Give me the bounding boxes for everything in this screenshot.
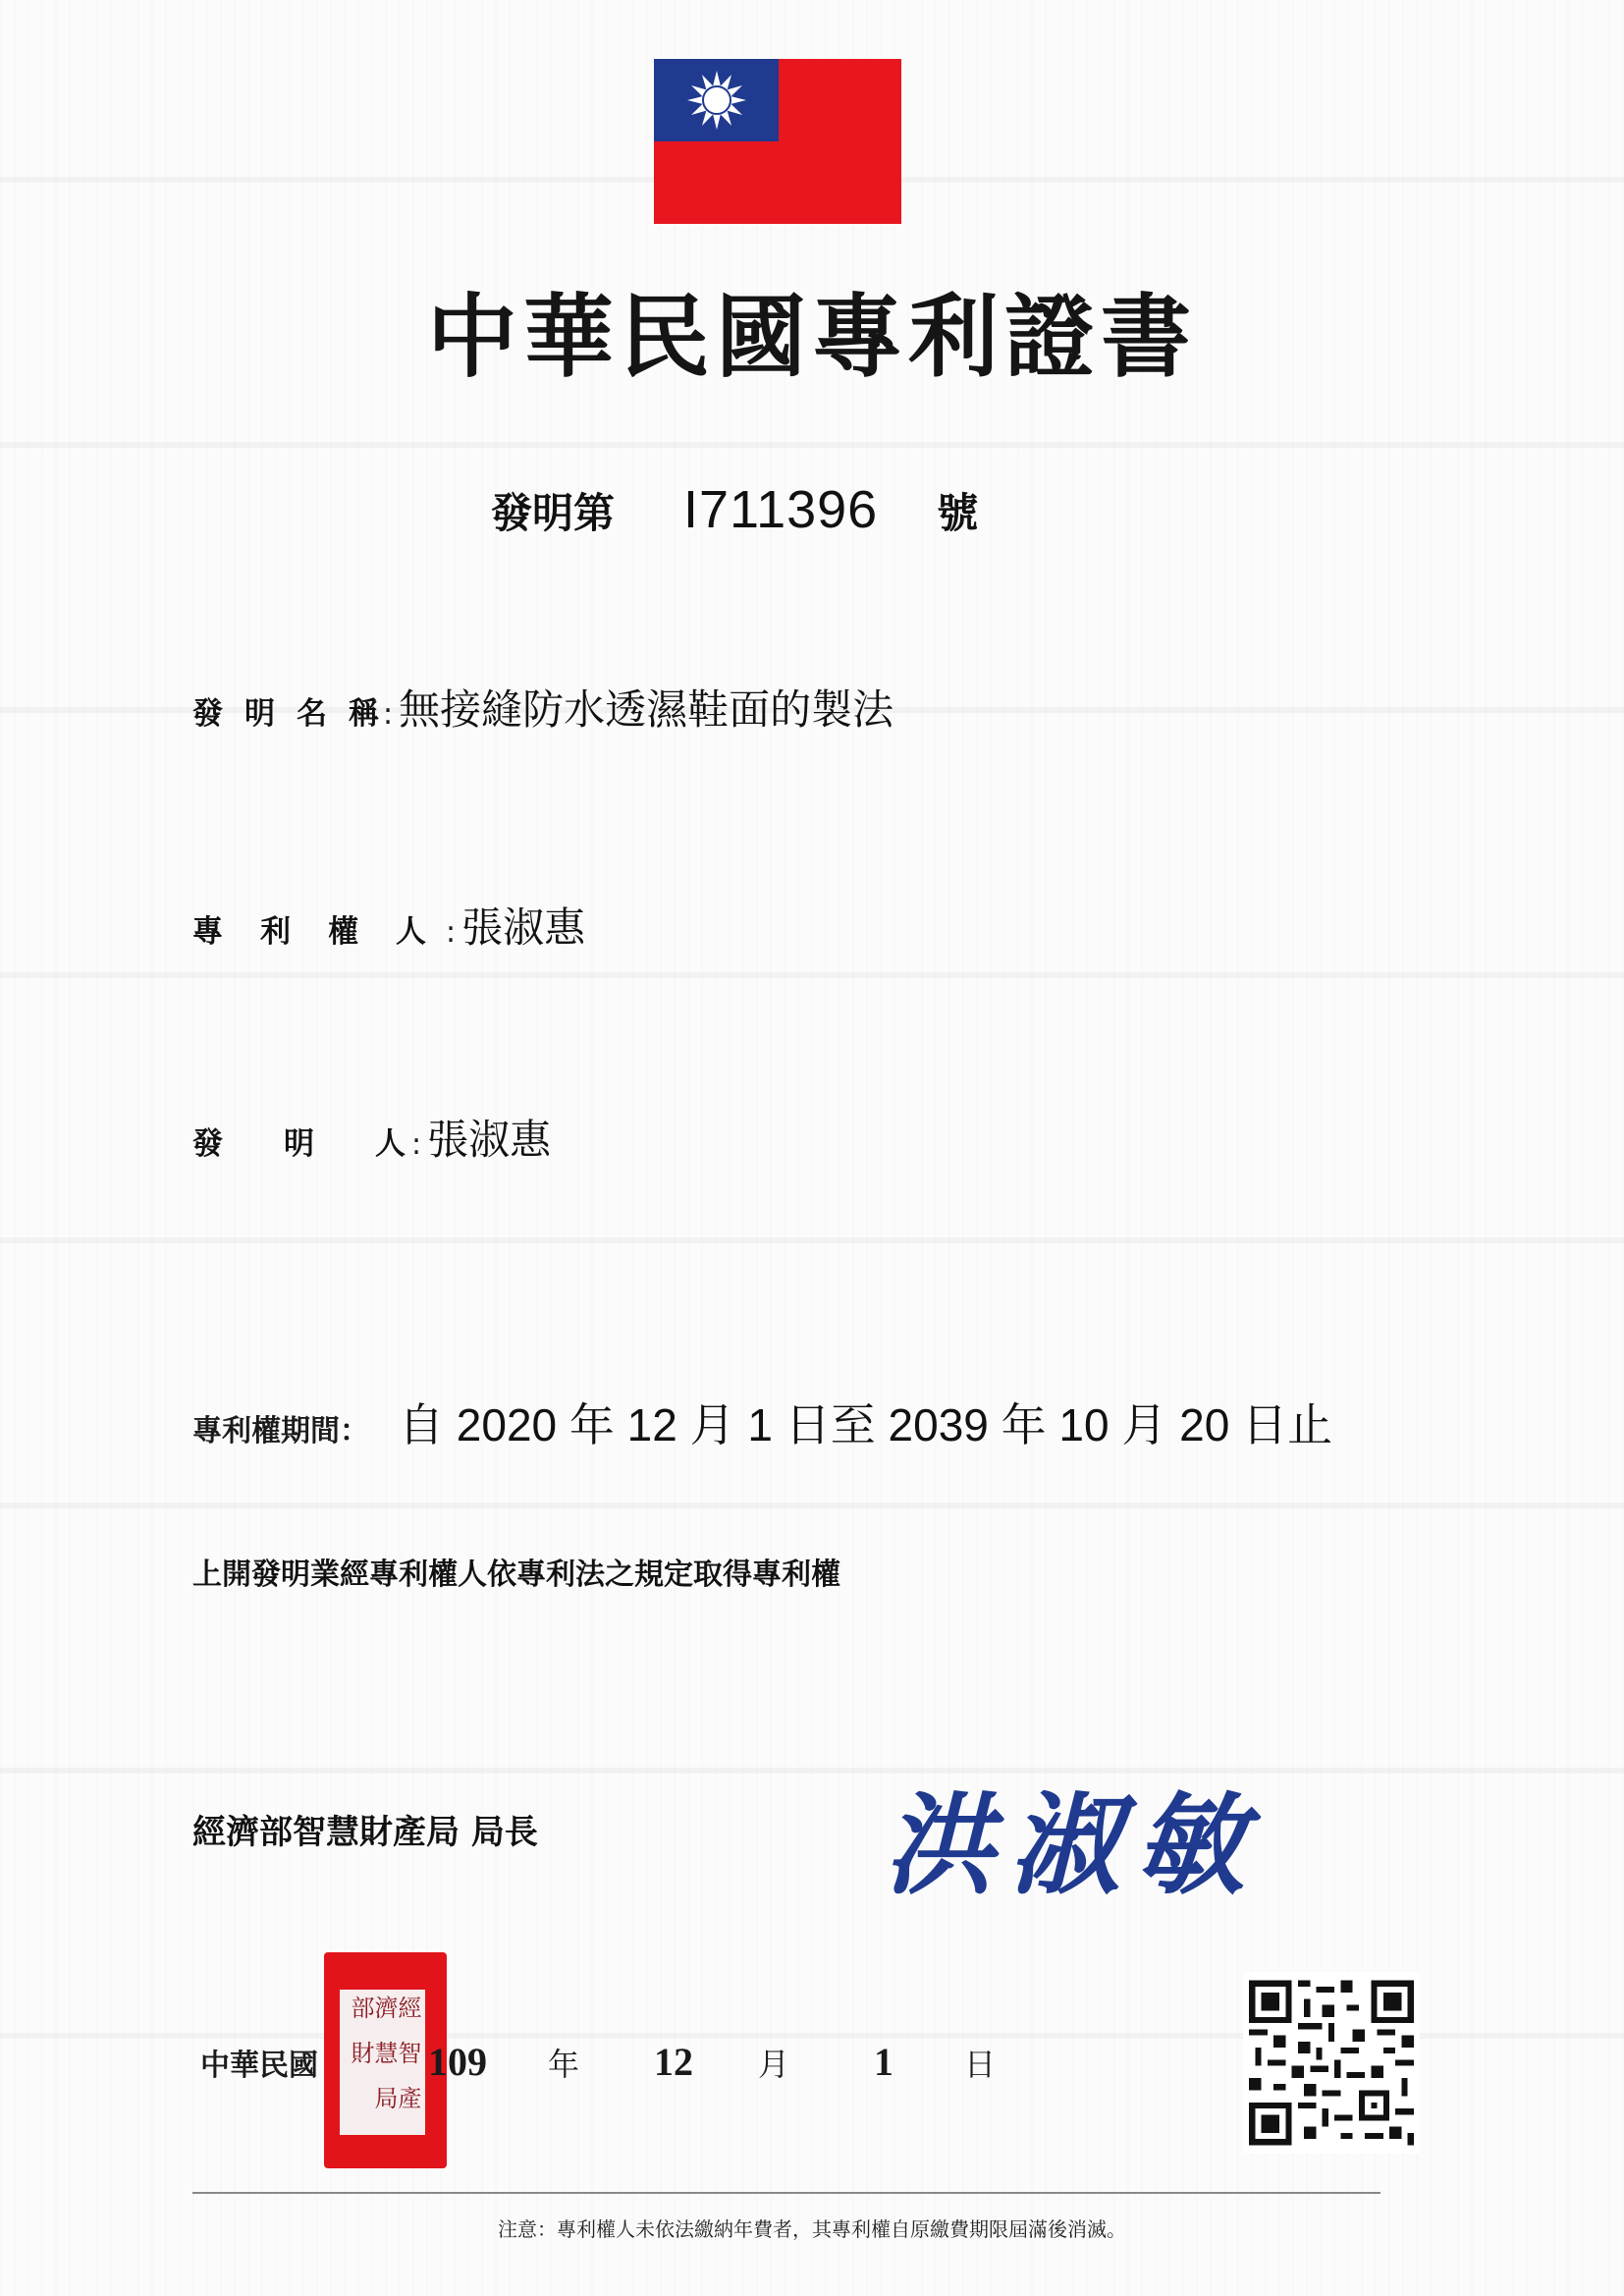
issue-date-year-unit: 年 bbox=[548, 2040, 579, 2085]
qr-code-icon[interactable] bbox=[1243, 1972, 1420, 2154]
field-value: 張淑惠 bbox=[427, 1108, 551, 1167]
issuing-authority: 經濟部智慧財產局 局長 bbox=[192, 1805, 538, 1853]
director-signature: 洪淑敏 bbox=[884, 1758, 1261, 1916]
field-invention-title: 發明名稱 : 無接縫防水透濕鞋面的製法 bbox=[192, 678, 893, 737]
field-colon: : bbox=[411, 1127, 421, 1162]
field-label: 發明名稱 bbox=[192, 688, 401, 733]
field-colon: : bbox=[446, 915, 456, 950]
issue-date-month: 12 bbox=[654, 2039, 693, 2085]
field-label: 發明人 bbox=[192, 1119, 466, 1163]
grant-statement: 上開發明業經專利權人依專利法之規定取得專利權 bbox=[192, 1550, 840, 1593]
patent-number-prefix: 發明第 bbox=[491, 481, 615, 540]
footer-notice: 注意：專利權人未依法繳納年費者，其專利權自原繳費期限屆滿後消滅。 bbox=[0, 2214, 1624, 2242]
patent-term-value: 自 2020 年 12 月 1 日至 2039 年 10 月 20 日止 bbox=[399, 1390, 1332, 1454]
patent-number-suffix: 號 bbox=[937, 481, 978, 540]
issue-date-month-unit: 月 bbox=[758, 2040, 789, 2085]
issue-date-day: 1 bbox=[874, 2039, 893, 2085]
seal-text-column: 經濟部 bbox=[346, 1995, 419, 2039]
field-inventor: 發明人 : 張淑惠 bbox=[192, 1108, 551, 1167]
issue-date-day-unit: 日 bbox=[964, 2040, 996, 2085]
patent-term-label: 專利權期間： bbox=[192, 1406, 369, 1449]
field-colon: : bbox=[383, 697, 393, 732]
page-title: 中華民國專利證書 bbox=[0, 265, 1624, 395]
issue-date-year: 109 bbox=[428, 2039, 487, 2085]
issue-date-era: 中華民國 bbox=[200, 2041, 318, 2084]
issue-date: 中華民國 109 年 12 月 1 日 bbox=[200, 2039, 996, 2085]
field-value: 無接縫防水透濕鞋面的製法 bbox=[399, 678, 893, 737]
white-sun-icon bbox=[681, 69, 752, 132]
field-label: 專利權人 bbox=[192, 906, 463, 951]
patent-term: 專利權期間： 自 2020 年 12 月 1 日至 2039 年 10 月 20… bbox=[192, 1390, 1332, 1454]
patent-number-value: I711396 bbox=[683, 479, 878, 540]
patent-number: 發明第 I711396 號 bbox=[491, 479, 978, 540]
field-value: 張淑惠 bbox=[461, 896, 585, 955]
seal-text-column: 產局 bbox=[346, 2086, 419, 2129]
roc-flag-icon bbox=[654, 59, 901, 224]
footer-divider bbox=[192, 2192, 1380, 2194]
field-patentee: 專利權人 : 張淑惠 bbox=[192, 896, 585, 955]
